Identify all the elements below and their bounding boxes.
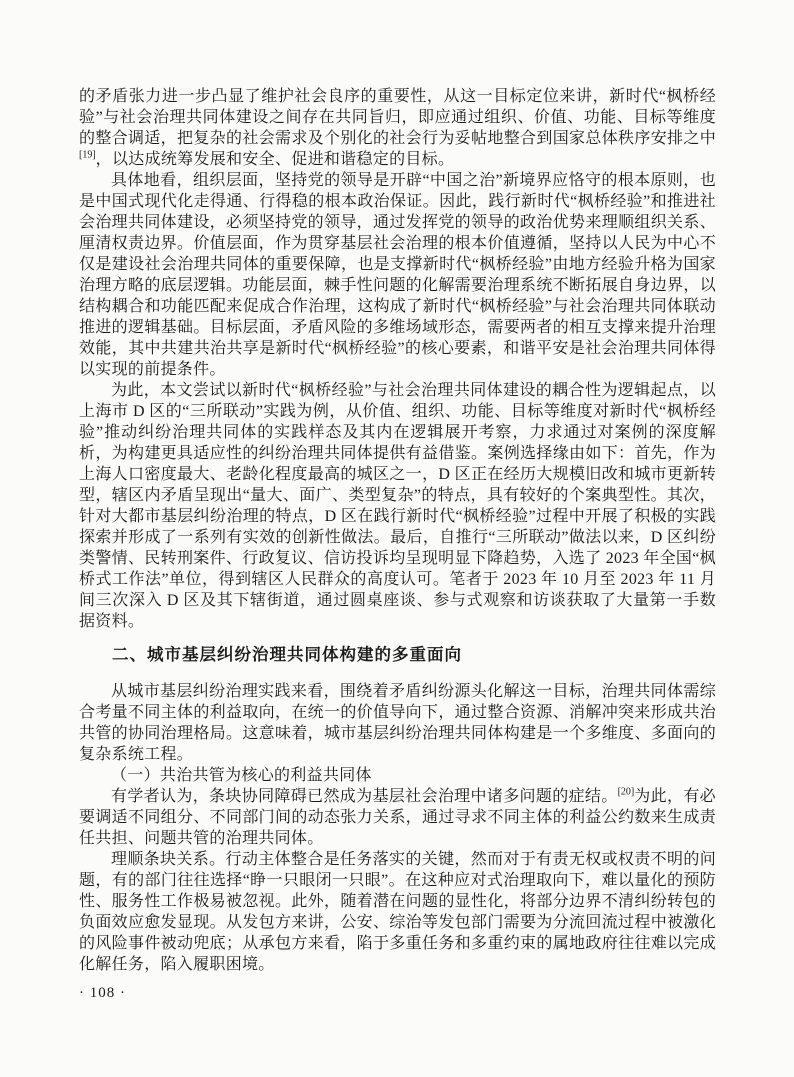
body-paragraph: 的矛盾张力进一步凸显了维护社会良序的重要性，从这一目标定位来讲，新时代“枫桥经验… [79,86,716,170]
body-paragraph: 具体地看，组织层面，坚持党的领导是开辟“中国之治”新境界应恪守的根本原则，也是中… [79,170,716,380]
body-paragraph: 有学者认为，条块协同障碍已然成为基层社会治理中诸多问题的症结。[20]为此，有必… [79,786,716,849]
footnote-reference: [19] [79,150,96,161]
article-body: 的矛盾张力进一步凸显了维护社会良序的重要性，从这一目标定位来讲，新时代“枫桥经验… [79,86,716,1004]
content-blocks: 的矛盾张力进一步凸显了维护社会良序的重要性，从这一目标定位来讲，新时代“枫桥经验… [79,86,716,975]
body-paragraph: 理顺条块关系。行动主体整合是任务落实的关键，然而对于有责无权或权责不明的问题，有… [79,849,716,975]
body-paragraph: 从城市基层纠纷治理实践来看，围绕着矛盾纠纷源头化解这一目标，治理共同体需综合考量… [79,681,716,765]
page-footer: · 108 · [79,982,716,1004]
section-heading: 二、城市基层纠纷治理共同体构建的多重面向 [79,645,716,666]
body-paragraph: 为此，本文尝试以新时代“枫桥经验”与社会治理共同体建设的耦合性为逻辑起点，以上海… [79,380,716,632]
subsection-heading: （一）共治共管为核心的利益共同体 [79,765,716,786]
page-number: · 108 · [79,985,126,1001]
footnote-reference: [20] [618,787,635,798]
document-page: 的矛盾张力进一步凸显了维护社会良序的重要性，从这一目标定位来讲，新时代“枫桥经验… [0,0,794,1077]
